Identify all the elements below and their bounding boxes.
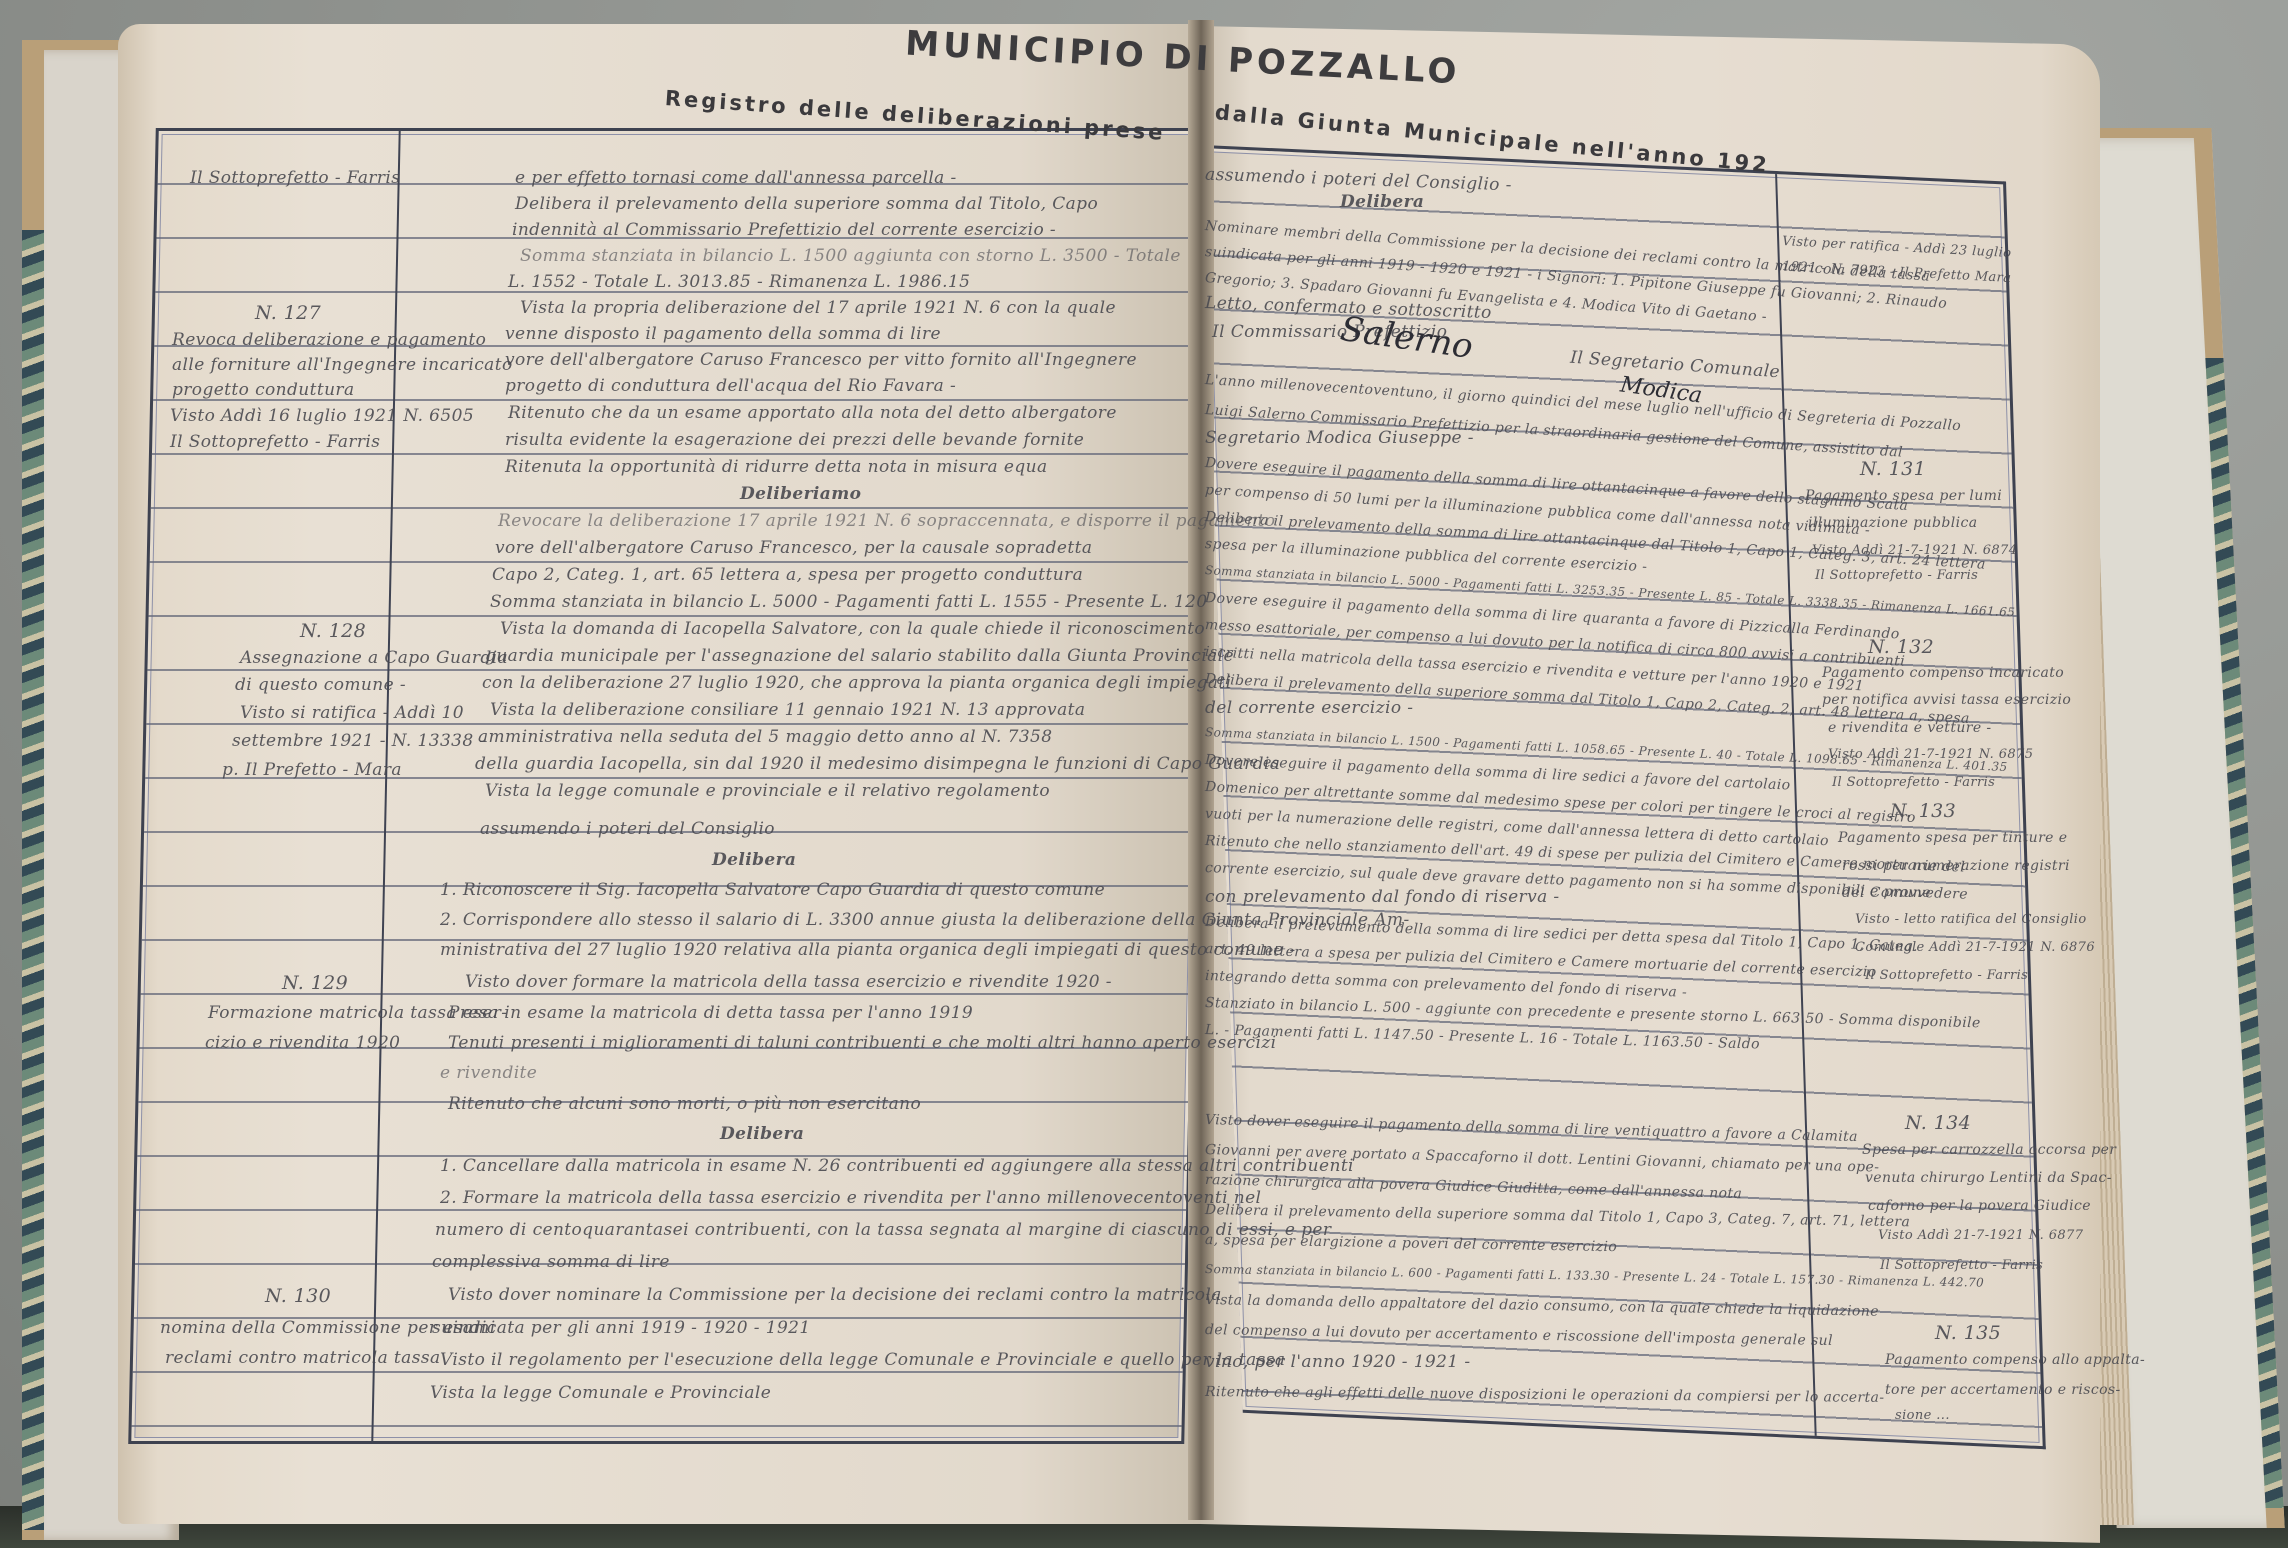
margin-line: di questo comune - bbox=[235, 675, 406, 695]
margin-line: Il Sottoprefetto - Farris bbox=[1815, 568, 1978, 583]
entry-number: N. 128 bbox=[300, 620, 366, 642]
margin-line: settembre 1921 - N. 13338 - bbox=[232, 731, 486, 751]
margin-line: del Comune bbox=[1842, 885, 1931, 901]
margin-line: alle forniture all'Ingegnere incaricato bbox=[172, 355, 513, 375]
margin-line: Pagamento compenso incaricato bbox=[1822, 665, 2064, 681]
body-line: 1. Riconoscere il Sig. Iacopella Salvato… bbox=[440, 880, 1105, 900]
margin-line: Il Sottoprefetto - Farris bbox=[1880, 1258, 2043, 1273]
body-line: guardia municipale per l'assegnazione de… bbox=[485, 646, 1234, 666]
margin-line: venuta chirurgo Lentini da Spac- bbox=[1865, 1170, 2112, 1186]
body-line: Somma stanziata in bilancio L. 1500 aggi… bbox=[520, 246, 1181, 266]
body-line: Visto dover nominare la Commissione per … bbox=[448, 1285, 1222, 1305]
margin-line: Visto Addì 21-7-1921 N. 6875 bbox=[1828, 747, 2033, 762]
body-line: 2. Formare la matricola della tassa eser… bbox=[440, 1188, 1261, 1208]
margin-line: Pagamento spesa per tinture e bbox=[1838, 830, 2067, 846]
body-line: L. 1552 - Totale L. 3013.85 - Rimanenza … bbox=[508, 272, 970, 292]
entry-number: N. 129 bbox=[282, 972, 348, 994]
entry-number: N. 133 bbox=[1890, 800, 1956, 822]
margin-line: Comunale Addì 21-7-1921 N. 6876 bbox=[1855, 940, 2095, 955]
body-line: amministrativa nella seduta del 5 maggio… bbox=[478, 727, 1053, 747]
body-line: e rivendite bbox=[440, 1063, 537, 1083]
body-line: venne disposto il pagamento della somma … bbox=[505, 324, 941, 344]
entry-number: N. 127 bbox=[255, 302, 321, 324]
section-heading: Delibera bbox=[712, 850, 796, 870]
body-line: Ritenuta la opportunità di ridurre detta… bbox=[505, 457, 1048, 477]
body-line: indennità al Commissario Prefettizio del… bbox=[512, 220, 1056, 240]
margin-line: e rivendita e vetture - bbox=[1828, 720, 1992, 736]
body-line: Somma stanziata in bilancio L. 5000 - Pa… bbox=[490, 592, 1208, 612]
body-line: Tenuti presenti i miglioramenti di talun… bbox=[448, 1033, 1277, 1053]
body-line: Vista la legge Comunale e Provinciale bbox=[430, 1383, 771, 1403]
margin-line: Visto Addì 21-7-1921 N. 6877 bbox=[1878, 1228, 2083, 1243]
margin-line: illuminazione pubblica bbox=[1808, 515, 1977, 531]
margin-line: tore per accertamento e riscos- bbox=[1885, 1382, 2121, 1398]
body-line: ministrativa del 27 luglio 1920 relativa… bbox=[440, 940, 1296, 960]
margin-line: Il Sottoprefetto - Farris bbox=[190, 168, 400, 188]
margin-line: reclami contro matricola tassa bbox=[165, 1348, 440, 1368]
body-line: Ritenuto che alcuni sono morti, o più no… bbox=[448, 1094, 921, 1114]
body-line: Vista la domanda di Iacopella Salvatore,… bbox=[500, 619, 1205, 639]
body-line: vore dell'albergatore Caruso Francesco p… bbox=[505, 350, 1137, 370]
margin-line: Il Sottoprefetto - Farris bbox=[1865, 968, 2028, 983]
margin-line: Pagamento compenso allo appalta- bbox=[1885, 1352, 2145, 1368]
body-line: e per effetto tornasi come dall'annessa … bbox=[515, 168, 957, 188]
margin-line: Spesa per carrozzella occorsa per bbox=[1862, 1142, 2116, 1158]
margin-line: Il Sottoprefetto - Farris bbox=[170, 432, 380, 452]
margin-line: Il Sottoprefetto - Farris bbox=[1832, 775, 1995, 790]
body-line: del corrente esercizio - bbox=[1205, 698, 1413, 718]
margin-line: Visto Addì 21-7-1921 N. 6874 bbox=[1812, 543, 2017, 558]
body-line: Ritenuto che da un esame apportato alla … bbox=[508, 403, 1117, 423]
body-line: progetto di conduttura dell'acqua del Ri… bbox=[505, 376, 956, 396]
margin-line: rossi per numerazione registri bbox=[1842, 858, 2070, 874]
entry-number: N. 131 bbox=[1860, 458, 1926, 480]
margin-line: p. Il Prefetto - Mara bbox=[222, 760, 402, 780]
margin-line: Visto si ratifica - Addì 10 bbox=[240, 703, 464, 723]
body-line: vino, per l'anno 1920 - 1921 - bbox=[1205, 1352, 1471, 1372]
margin-line: per notifica avvisi tassa esercizio bbox=[1822, 692, 2071, 708]
margin-line: caforno per la povera Giudice bbox=[1868, 1198, 2091, 1214]
entry-number: N. 134 bbox=[1905, 1112, 1971, 1134]
marbled-edge-left bbox=[22, 230, 44, 1530]
body-line: Delibera il prelevamento della superiore… bbox=[515, 194, 1098, 214]
body-line: della guardia Iacopella, sin dal 1920 il… bbox=[475, 754, 1280, 774]
entry-number: N. 130 bbox=[265, 1285, 331, 1307]
margin-line: Pagamento spesa per lumi bbox=[1805, 488, 2002, 504]
margin-line: Assegnazione a Capo Guardia bbox=[240, 648, 508, 668]
margin-line: sione ... bbox=[1895, 1408, 1950, 1423]
body-line: Presa in esame la matricola di detta tas… bbox=[448, 1003, 973, 1023]
body-line: Vista la legge comunale e provinciale e … bbox=[485, 781, 1050, 801]
body-line: risulta evidente la esagerazione dei pre… bbox=[505, 430, 1084, 450]
body-line: assumendo i poteri del Consiglio bbox=[480, 819, 775, 839]
margin-line: progetto conduttura bbox=[172, 380, 355, 400]
body-line: Visto il regolamento per l'esecuzione de… bbox=[440, 1350, 1285, 1370]
body-line: Visto dover formare la matricola della t… bbox=[465, 972, 1112, 992]
body-line: Segretario Modica Giuseppe - bbox=[1205, 428, 1474, 448]
section-heading: Deliberiamo bbox=[740, 484, 861, 504]
margin-line: cizio e rivendita 1920 bbox=[205, 1033, 400, 1053]
body-line: con prelevamento dal fondo di riserva - bbox=[1205, 887, 1560, 907]
body-line: numero di centoquarantasei contribuenti,… bbox=[435, 1220, 1331, 1240]
entry-number: N. 132 bbox=[1868, 636, 1934, 658]
margin-line: Revoca deliberazione e pagamento bbox=[172, 330, 486, 350]
section-heading: Delibera bbox=[720, 1124, 804, 1144]
margin-line: Visto - letto ratifica del Consiglio bbox=[1855, 912, 2087, 927]
body-line: vore dell'albergatore Caruso Francesco, … bbox=[495, 538, 1092, 558]
body-line: suindicata per gli anni 1919 - 1920 - 19… bbox=[432, 1318, 811, 1338]
body-line: con la deliberazione 27 luglio 1920, che… bbox=[482, 673, 1231, 693]
body-line: complessiva somma di lire bbox=[432, 1252, 670, 1272]
body-line: Revocare la deliberazione 17 aprile 1921… bbox=[498, 511, 1275, 531]
body-line: Capo 2, Categ. 1, art. 65 lettera a, spe… bbox=[492, 565, 1083, 585]
body-line: Vista la propria deliberazione del 17 ap… bbox=[520, 298, 1116, 318]
margin-line: Visto Addì 16 luglio 1921 N. 6505 bbox=[170, 406, 474, 426]
entry-number: N. 135 bbox=[1935, 1322, 2001, 1344]
section-heading: Delibera bbox=[1340, 192, 1424, 212]
body-line: Vista la deliberazione consiliare 11 gen… bbox=[490, 700, 1085, 720]
